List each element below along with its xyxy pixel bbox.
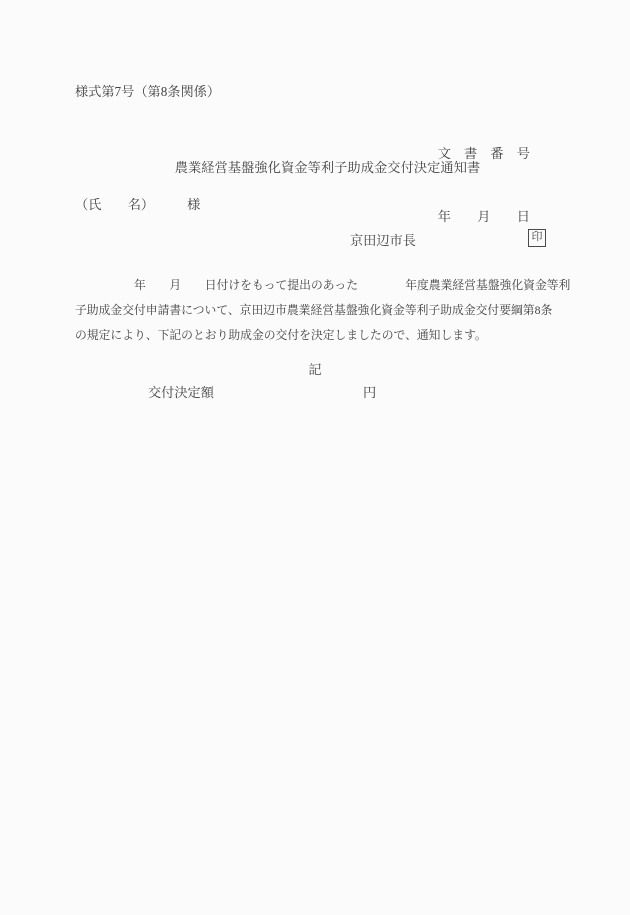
grant-amount-label: 交付決定額	[148, 385, 214, 402]
body-text-line-1: 年 月 日付けをもって提出のあった 年度農業経営基盤強化資金等利	[75, 278, 575, 293]
date-label: 年 月 日	[438, 206, 530, 227]
record-marker: 記	[0, 362, 630, 379]
document-page: 様式第7号（第8条関係） 文 書 番 号 年 月 日 農業経営基盤強化資金等利子…	[0, 0, 630, 915]
grant-amount-unit-yen: 円	[363, 385, 376, 402]
body-text-line-3: の規定により、下記のとおり助成金の交付を決定しましたので、通知します。	[75, 328, 575, 343]
form-number: 様式第7号（第8条関係）	[75, 84, 220, 101]
seal-placeholder-box: 印	[528, 229, 546, 247]
addressee-line: （氏 名） 様	[75, 197, 200, 214]
doc-meta-block: 文 書 番 号 年 月 日	[438, 101, 530, 269]
sender-mayor-name: 京田辺市長	[350, 233, 416, 250]
body-text-line-2: 子助成金交付申請書について、京田辺市農業経営基盤強化資金等利子助成金交付要綱第8…	[75, 303, 575, 318]
document-title: 農業経営基盤強化資金等利子助成金交付決定通知書	[0, 160, 630, 177]
